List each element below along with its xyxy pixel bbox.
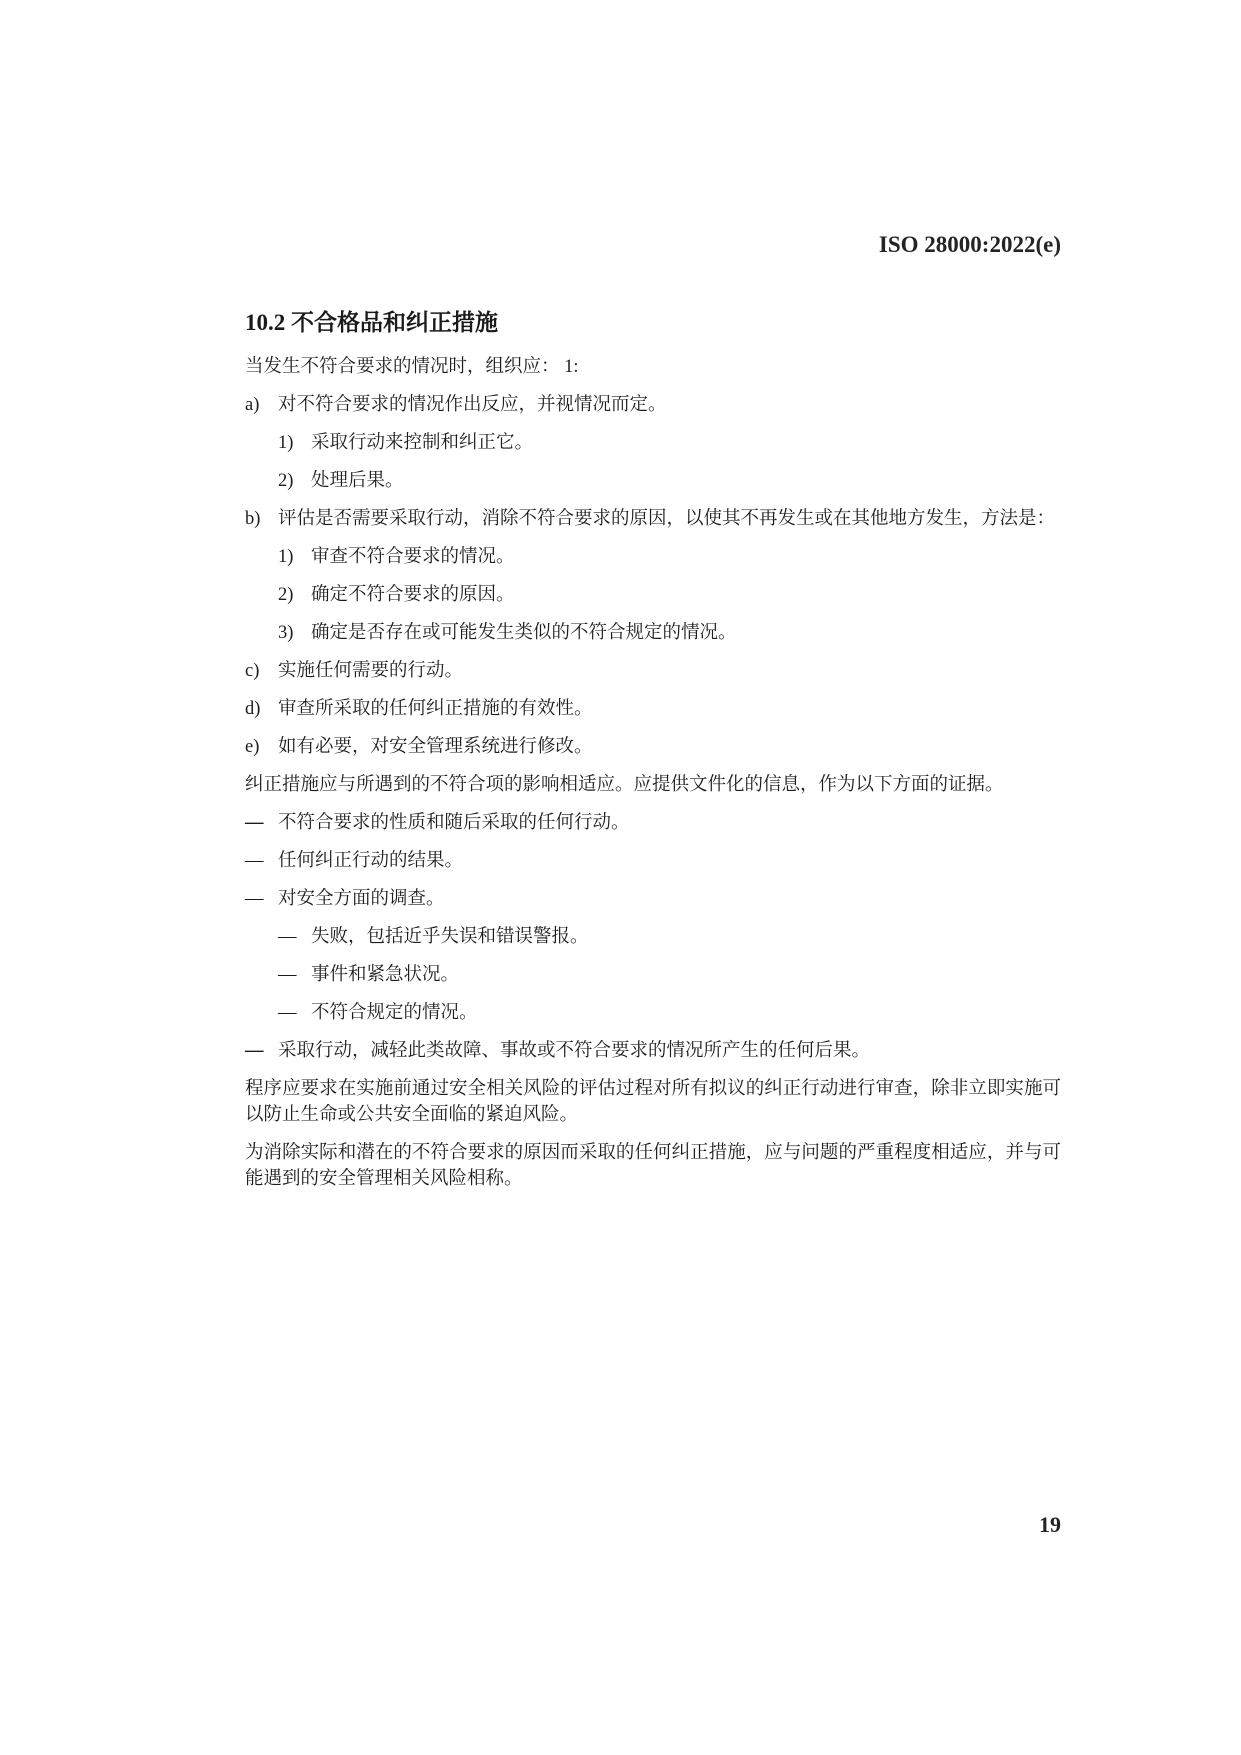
- list-marker: 2): [278, 582, 311, 608]
- list-marker: a): [245, 392, 278, 418]
- dash-marker: —: [278, 1000, 311, 1026]
- list-item-text: 对不符合要求的情况作出反应，并视情况而定。: [278, 392, 1061, 418]
- list-item-text: 任何纠正行动的结果。: [278, 848, 1061, 874]
- list-item-text: 采取行动来控制和纠正它。: [311, 430, 1061, 456]
- dash-marker: —: [245, 1038, 278, 1064]
- dash-marker: —: [245, 848, 278, 874]
- list-item-text: 实施任何需要的行动。: [278, 658, 1061, 684]
- list-item-text: 确定不符合要求的原因。: [311, 582, 1061, 608]
- list-item: a) 对不符合要求的情况作出反应，并视情况而定。: [245, 392, 1061, 418]
- list-marker: 2): [278, 468, 311, 494]
- document-header-title: ISO 28000:2022(e): [245, 231, 1061, 259]
- page-number: 19: [245, 1512, 1061, 1538]
- list-item: 1) 采取行动来控制和纠正它。: [278, 430, 1061, 456]
- list-item: — 对安全方面的调查。: [245, 886, 1061, 912]
- document-body: 10.2 不合格品和纠正措施 当发生不符合要求的情况时，组织应： 1: a) 对…: [245, 306, 1061, 1204]
- document-page: ISO 28000:2022(e) 10.2 不合格品和纠正措施 当发生不符合要…: [0, 0, 1241, 1755]
- list-item: 2) 确定不符合要求的原因。: [278, 582, 1061, 608]
- list-item-text: 失败，包括近乎失误和错误警报。: [311, 924, 1061, 950]
- list-item: c) 实施任何需要的行动。: [245, 658, 1061, 684]
- paragraph: 当发生不符合要求的情况时，组织应： 1:: [245, 354, 1061, 380]
- list-item: — 不符合规定的情况。: [278, 1000, 1061, 1026]
- list-marker: d): [245, 696, 278, 722]
- list-marker: 3): [278, 620, 311, 646]
- list-item-text: 事件和紧急状况。: [311, 962, 1061, 988]
- list-item: e) 如有必要，对安全管理系统进行修改。: [245, 734, 1061, 760]
- list-marker: e): [245, 734, 278, 760]
- list-item: d) 审查所采取的任何纠正措施的有效性。: [245, 696, 1061, 722]
- list-item: 1) 审查不符合要求的情况。: [278, 544, 1061, 570]
- list-marker: 1): [278, 430, 311, 456]
- list-item-text: 对安全方面的调查。: [278, 886, 1061, 912]
- list-item-text: 审查不符合要求的情况。: [311, 544, 1061, 570]
- list-item: b) 评估是否需要采取行动，消除不符合要求的原因，以使其不再发生或在其他地方发生…: [245, 506, 1061, 532]
- list-item: — 失败，包括近乎失误和错误警报。: [278, 924, 1061, 950]
- dash-marker: —: [278, 962, 311, 988]
- list-item-text: 审查所采取的任何纠正措施的有效性。: [278, 696, 1061, 722]
- dash-marker: —: [245, 886, 278, 912]
- list-item-text: 如有必要，对安全管理系统进行修改。: [278, 734, 1061, 760]
- dash-marker: —: [278, 924, 311, 950]
- paragraph: 为消除实际和潜在的不符合要求的原因而采取的任何纠正措施，应与问题的严重程度相适应…: [245, 1140, 1061, 1192]
- list-item: — 不符合要求的性质和随后采取的任何行动。: [245, 810, 1061, 836]
- list-item: — 事件和紧急状况。: [278, 962, 1061, 988]
- list-item-text: 评估是否需要采取行动，消除不符合要求的原因，以使其不再发生或在其他地方发生，方法…: [278, 506, 1061, 532]
- list-item: 2) 处理后果。: [278, 468, 1061, 494]
- list-item: — 任何纠正行动的结果。: [245, 848, 1061, 874]
- paragraph: 纠正措施应与所遇到的不符合项的影响相适应。应提供文件化的信息，作为以下方面的证据…: [245, 772, 1061, 798]
- list-item-text: 处理后果。: [311, 468, 1061, 494]
- dash-marker: —: [245, 810, 278, 836]
- list-item-text: 采取行动，减轻此类故障、事故或不符合要求的情况所产生的任何后果。: [278, 1038, 1061, 1064]
- list-item-text: 不符合要求的性质和随后采取的任何行动。: [278, 810, 1061, 836]
- list-marker: c): [245, 658, 278, 684]
- list-item-text: 不符合规定的情况。: [311, 1000, 1061, 1026]
- list-item: 3) 确定是否存在或可能发生类似的不符合规定的情况。: [278, 620, 1061, 646]
- list-marker: 1): [278, 544, 311, 570]
- list-marker: b): [245, 506, 278, 532]
- list-item: — 采取行动，减轻此类故障、事故或不符合要求的情况所产生的任何后果。: [245, 1038, 1061, 1064]
- section-heading: 10.2 不合格品和纠正措施: [245, 306, 1061, 340]
- list-item-text: 确定是否存在或可能发生类似的不符合规定的情况。: [311, 620, 1061, 646]
- paragraph: 程序应要求在实施前通过安全相关风险的评估过程对所有拟议的纠正行动进行审查，除非立…: [245, 1076, 1061, 1128]
